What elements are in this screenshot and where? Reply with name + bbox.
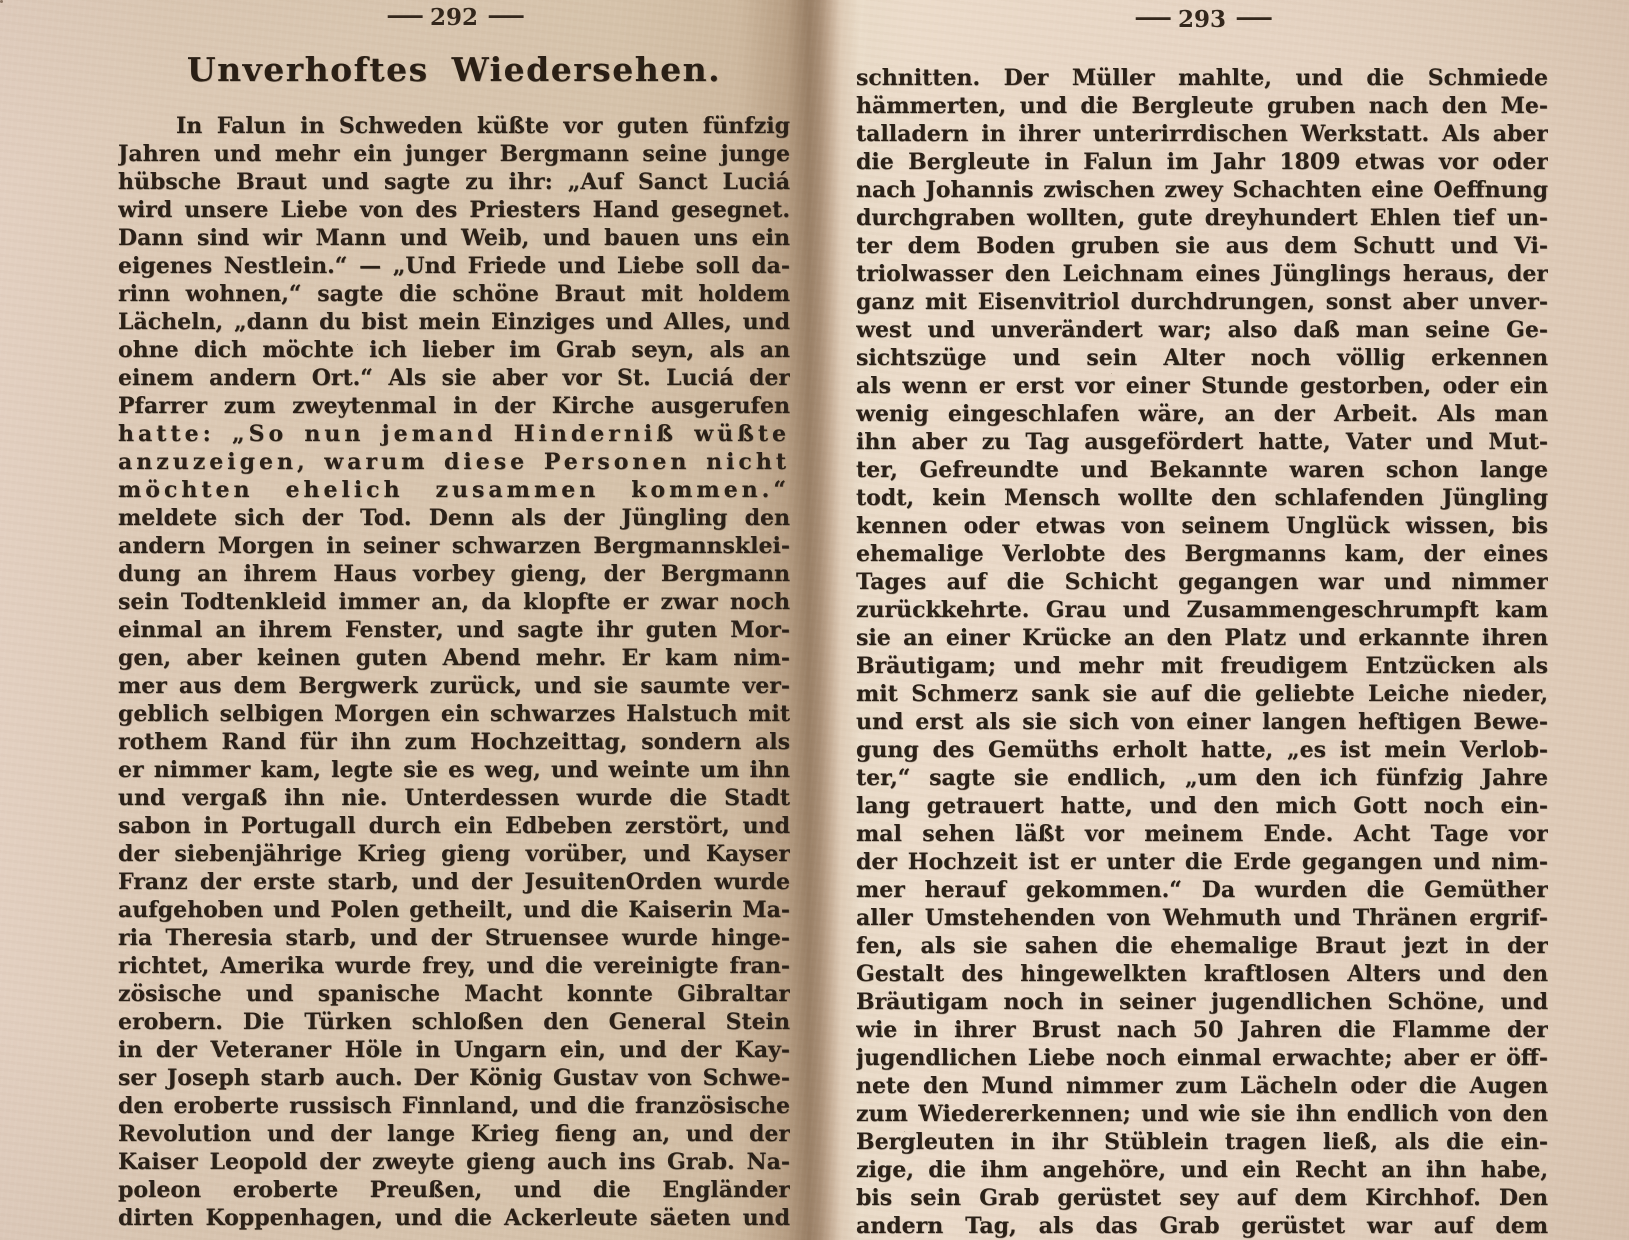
text-line: geblich selbigen Morgen ein schwarzes Ha… — [118, 700, 790, 728]
text-line: Bräutigam; und mehr mit freudigem Entzüc… — [856, 652, 1548, 680]
text-line: richtet, Amerika wurde frey, und die ver… — [118, 952, 790, 980]
text-line: todt, kein Mensch wollte den schlafenden… — [856, 484, 1548, 512]
text-line: erobern. Die Türken schloßen den General… — [118, 1008, 790, 1036]
text-line: Dann sind wir Mann und Weib, und bauen u… — [118, 224, 790, 252]
text-line: ter,“ sagte sie endlich, „um den ich fün… — [856, 764, 1548, 792]
text-line: einem andern Ort.“ Als sie aber vor St. … — [118, 364, 790, 392]
text-line: den eroberte russisch Finnland, und die … — [118, 1092, 790, 1120]
text-line: nete den Mund nimmer zum Lächeln oder di… — [856, 1072, 1548, 1100]
header-dash: — — [1235, 4, 1271, 31]
text-line: triolwasser den Leichnam eines Jünglings… — [856, 260, 1548, 288]
story-title: Unverhoftes Wiedersehen. — [118, 50, 790, 89]
text-line: meldete sich der Tod. Denn als der Jüngl… — [118, 504, 790, 532]
text-line: bis sein Grab gerüstet sey auf dem Kirch… — [856, 1184, 1548, 1212]
text-line: er nimmer kam, legte sie es weg, und wei… — [118, 756, 790, 784]
text-line: Tages auf die Schicht gegangen war und n… — [856, 568, 1548, 596]
text-line: zurückkehrte. Grau und Zusammengeschrump… — [856, 596, 1548, 624]
text-line: ter dem Boden gruben sie aus dem Schutt … — [856, 232, 1548, 260]
text-line: wird unsere Liebe von des Priesters Hand… — [118, 196, 790, 224]
text-line: wenig eingeschlafen wäre, an der Arbeit.… — [856, 400, 1548, 428]
text-line: Bräutigam noch in seiner jugendlichen Sc… — [856, 988, 1548, 1016]
text-line: Revolution und der lange Krieg fieng an,… — [118, 1120, 790, 1148]
text-line: mer aus dem Bergwerk zurück, und sie sau… — [118, 672, 790, 700]
text-line: Kaiser Leopold der zweyte gieng auch ins… — [118, 1148, 790, 1176]
text-line: die Bergleute in Falun im Jahr 1809 etwa… — [856, 148, 1548, 176]
text-line: zige, die ihm angehöre, und ein Recht an… — [856, 1156, 1548, 1184]
text-line: Lächeln, „dann du bist mein Einziges und… — [118, 308, 790, 336]
text-line: ria Theresia starb, und der Struensee wu… — [118, 924, 790, 952]
text-line: Bergleuten in ihr Stüblein tragen ließ, … — [856, 1128, 1548, 1156]
text-line: jugendlichen Liebe noch einmal erwachte;… — [856, 1044, 1548, 1072]
header-dash: — — [1134, 4, 1170, 31]
text-line: sein Todtenkleid immer an, da klopfte er… — [118, 588, 790, 616]
text-line: sabon in Portugall durch ein Edbeben zer… — [118, 812, 790, 840]
text-line: als wenn er erst vor einer Stunde gestor… — [856, 372, 1548, 400]
text-line: dung an ihrem Haus vorbey gieng, der Ber… — [118, 560, 790, 588]
header-dash: — — [386, 2, 422, 29]
text-line: Gestalt des hingewelkten kraftlosen Alte… — [856, 960, 1548, 988]
text-line: talladern in ihrer unterirrdischen Werks… — [856, 120, 1548, 148]
book-spread: — 292 — Unverhoftes Wiedersehen. In Falu… — [0, 0, 1629, 1240]
text-line: ser Joseph starb auch. Der König Gustav … — [118, 1064, 790, 1092]
text-line: lang getrauert hatte, und den mich Gott … — [856, 792, 1548, 820]
text-line: ihn aber zu Tag ausgefördert hatte, Vate… — [856, 428, 1548, 456]
text-line: ehemalige Verlobte des Bergmanns kam, de… — [856, 540, 1548, 568]
text-line: aufgehoben und Polen getheilt, und die K… — [118, 896, 790, 924]
text-line: hatte: „So nun jemand Hinderniß wüßte — [118, 420, 790, 448]
text-line: durchgraben wollten, gute dreyhundert Eh… — [856, 204, 1548, 232]
left-page-number: 292 — [430, 4, 478, 31]
text-line: zum Wiedererkennen; und wie sie ihn endl… — [856, 1100, 1548, 1128]
left-page-text-column: In Falun in Schweden küßte vor guten fün… — [118, 112, 790, 1232]
text-line: aller Umstehenden von Wehmuth und Thräne… — [856, 904, 1548, 932]
text-line: kennen oder etwas von seinem Unglück wis… — [856, 512, 1548, 540]
right-page-header: — 293 — — [856, 6, 1548, 33]
text-line: hämmerten, und die Bergleute gruben nach… — [856, 92, 1548, 120]
text-line: mal sehen läßt vor meinem Ende. Acht Tag… — [856, 820, 1548, 848]
text-line: ganz mit Eisenvitriol durchdrungen, sons… — [856, 288, 1548, 316]
text-line: rothem Rand für ihn zum Hochzeittag, son… — [118, 728, 790, 756]
text-line: west und unverändert war; also daß man s… — [856, 316, 1548, 344]
text-line: sie an einer Krücke an den Platz und erk… — [856, 624, 1548, 652]
header-dash: — — [487, 2, 523, 29]
left-page-header: — 292 — — [118, 4, 790, 31]
text-line: ohne dich möchte ich lieber im Grab seyn… — [118, 336, 790, 364]
text-line: einmal an ihrem Fenster, und sagte ihr g… — [118, 616, 790, 644]
text-line: andern Tag, als das Grab gerüstet war au… — [856, 1212, 1548, 1240]
text-line: Jahren und mehr ein junger Bergmann sein… — [118, 140, 790, 168]
text-line: eigenes Nestlein.“ — „Und Friede und Lie… — [118, 252, 790, 280]
text-line: anzuzeigen, warum diese Personen nicht — [118, 448, 790, 476]
text-line: mit Schmerz sank sie auf die geliebte Le… — [856, 680, 1548, 708]
text-line: dirten Koppenhagen, und die Ackerleute s… — [118, 1204, 790, 1232]
text-line: rinn wohnen,“ sagte die schöne Braut mit… — [118, 280, 790, 308]
text-line: sichtszüge und sein Alter noch völlig er… — [856, 344, 1548, 372]
text-line: schnitten. Der Müller mahlte, und die Sc… — [856, 64, 1548, 92]
right-page-number: 293 — [1178, 6, 1226, 33]
text-line: der Hochzeit ist er unter die Erde gegan… — [856, 848, 1548, 876]
text-line: der siebenjährige Krieg gieng vorüber, u… — [118, 840, 790, 868]
text-line: poleon eroberte Preußen, und die Engländ… — [118, 1176, 790, 1204]
text-line: Pfarrer zum zweytenmal in der Kirche aus… — [118, 392, 790, 420]
text-line: fen, als sie sahen die ehemalige Braut j… — [856, 932, 1548, 960]
text-line: ter, Gefreundte und Bekannte waren schon… — [856, 456, 1548, 484]
text-line: hübsche Braut und sagte zu ihr: „Auf San… — [118, 168, 790, 196]
text-line: mer herauf gekommen.“ Da wurden die Gemü… — [856, 876, 1548, 904]
right-page-text-column: schnitten. Der Müller mahlte, und die Sc… — [856, 64, 1548, 1240]
text-line: andern Morgen in seiner schwarzen Bergma… — [118, 532, 790, 560]
text-line: In Falun in Schweden küßte vor guten fün… — [118, 112, 790, 140]
text-line: und erst als sie sich von einer langen h… — [856, 708, 1548, 736]
text-line: in der Veteraner Höle in Ungarn ein, und… — [118, 1036, 790, 1064]
text-line: gung des Gemüths erholt hatte, „es ist m… — [856, 736, 1548, 764]
text-line: und vergaß ihn nie. Unterdessen wurde di… — [118, 784, 790, 812]
text-line: zösische und spanische Macht konnte Gibr… — [118, 980, 790, 1008]
text-line: Franz der erste starb, und der JesuitenO… — [118, 868, 790, 896]
text-line: nach Johannis zwischen zwey Schachten ei… — [856, 176, 1548, 204]
text-line: möchten ehelich zusammen kommen.“ Da — [118, 476, 790, 504]
text-line: gen, aber keinen guten Abend mehr. Er ka… — [118, 644, 790, 672]
text-line: wie in ihrer Brust nach 50 Jahren die Fl… — [856, 1016, 1548, 1044]
